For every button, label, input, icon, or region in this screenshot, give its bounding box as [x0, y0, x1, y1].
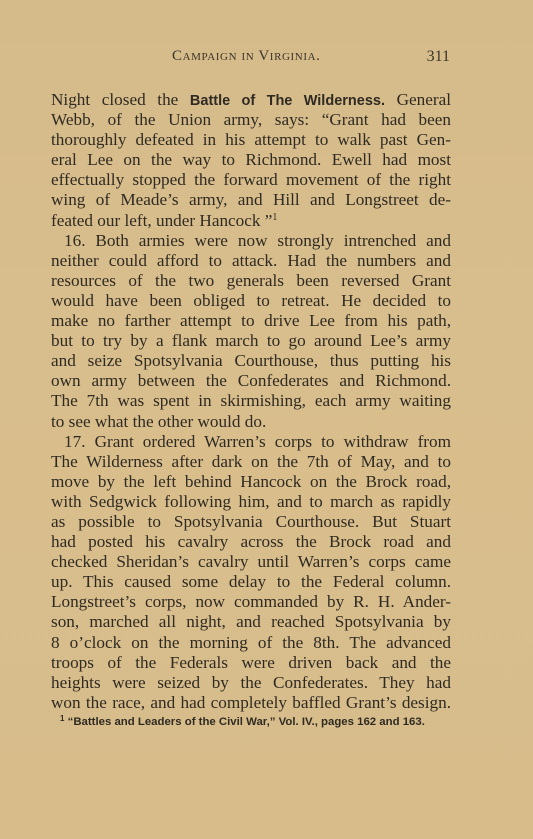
book-page: Campaign in Virginia. 311 Night closed t… — [0, 0, 533, 839]
text-run: Night closed the — [51, 90, 190, 109]
text-line: wing of Meade’s army, and Hill and Longs… — [51, 190, 451, 210]
text-line: to see what the other would do. — [51, 412, 451, 432]
text-line: as possible to Spotsylvania Courthouse. … — [51, 512, 451, 532]
text-line: troops of the Federals were driven back … — [51, 653, 451, 673]
text-line: effectually stopped the forward movement… — [51, 170, 451, 190]
text-line: The Wilderness after dark on the 7th of … — [51, 452, 451, 472]
text-line: The 7th was spent in skirmishing, each a… — [51, 391, 451, 411]
text-line: own army between the Confederates and Ri… — [51, 371, 451, 391]
text-line: son, marched all night, and reached Spot… — [51, 612, 451, 632]
footnote-reference[interactable]: 1 — [272, 212, 277, 223]
text-run: General — [385, 90, 451, 109]
body-text: Night closed the Battle of The Wildernes… — [51, 90, 451, 713]
text-line: had posted his cavalry across the Brock … — [51, 532, 451, 552]
text-line: won the race, and had completely baffled… — [51, 693, 451, 713]
text-line: with Sedgwick following him, and to marc… — [51, 492, 451, 512]
paragraph-16: 16. Both armies were now strongly intren… — [51, 231, 451, 432]
paragraph-15-continuation: Night closed the Battle of The Wildernes… — [51, 90, 451, 231]
text-line: 17. Grant ordered Warren’s corps to with… — [51, 432, 451, 452]
text-line: Longstreet’s corps, now commanded by R. … — [51, 592, 451, 612]
running-head: Campaign in Virginia. 311 — [52, 48, 450, 70]
text-line: Night closed the Battle of The Wildernes… — [51, 90, 451, 110]
footnote: 1 “Battles and Leaders of the Civil War,… — [60, 716, 450, 728]
text-line: neither could afford to attack. Had the … — [51, 251, 451, 271]
text-line: eral Lee on the way to Richmond. Ewell h… — [51, 150, 451, 170]
paragraph-17: 17. Grant ordered Warren’s corps to with… — [51, 432, 451, 713]
text-line: feated our left, under Hancock ”1 — [51, 211, 451, 231]
text-line: 8 o’clock on the morning of the 8th. The… — [51, 633, 451, 653]
footnote-text: “Battles and Leaders of the Civil War,” … — [68, 716, 425, 728]
text-line: 16. Both armies were now strongly intren… — [51, 231, 451, 251]
text-line: resources of the two generals been rever… — [51, 271, 451, 291]
text-line: and seize Spotsylvania Courthouse, thus … — [51, 351, 451, 371]
text-line: move by the left behind Hancock on the B… — [51, 472, 451, 492]
text-line: up. This caused some delay to the Federa… — [51, 572, 451, 592]
text-line: checked Sheridan’s cavalry until Warren’… — [51, 552, 451, 572]
text-line: would have been obliged to retreat. He d… — [51, 291, 451, 311]
text-line: thoroughly defeated in his attempt to wa… — [51, 130, 451, 150]
text-run: feated our left, under Hancock ” — [51, 211, 272, 230]
battle-name: Battle of The Wilderness. — [190, 93, 385, 109]
running-title: Campaign in Virginia. — [172, 48, 321, 65]
text-line: heights were seized by the Confederates.… — [51, 673, 451, 693]
text-line: but to try by a flank march to go around… — [51, 331, 451, 351]
text-line: Webb, of the Union army, says: “Grant ha… — [51, 110, 451, 130]
page-number: 311 — [427, 48, 450, 66]
footnote-marker: 1 — [60, 714, 64, 723]
text-line: make no farther attempt to drive Lee fro… — [51, 311, 451, 331]
